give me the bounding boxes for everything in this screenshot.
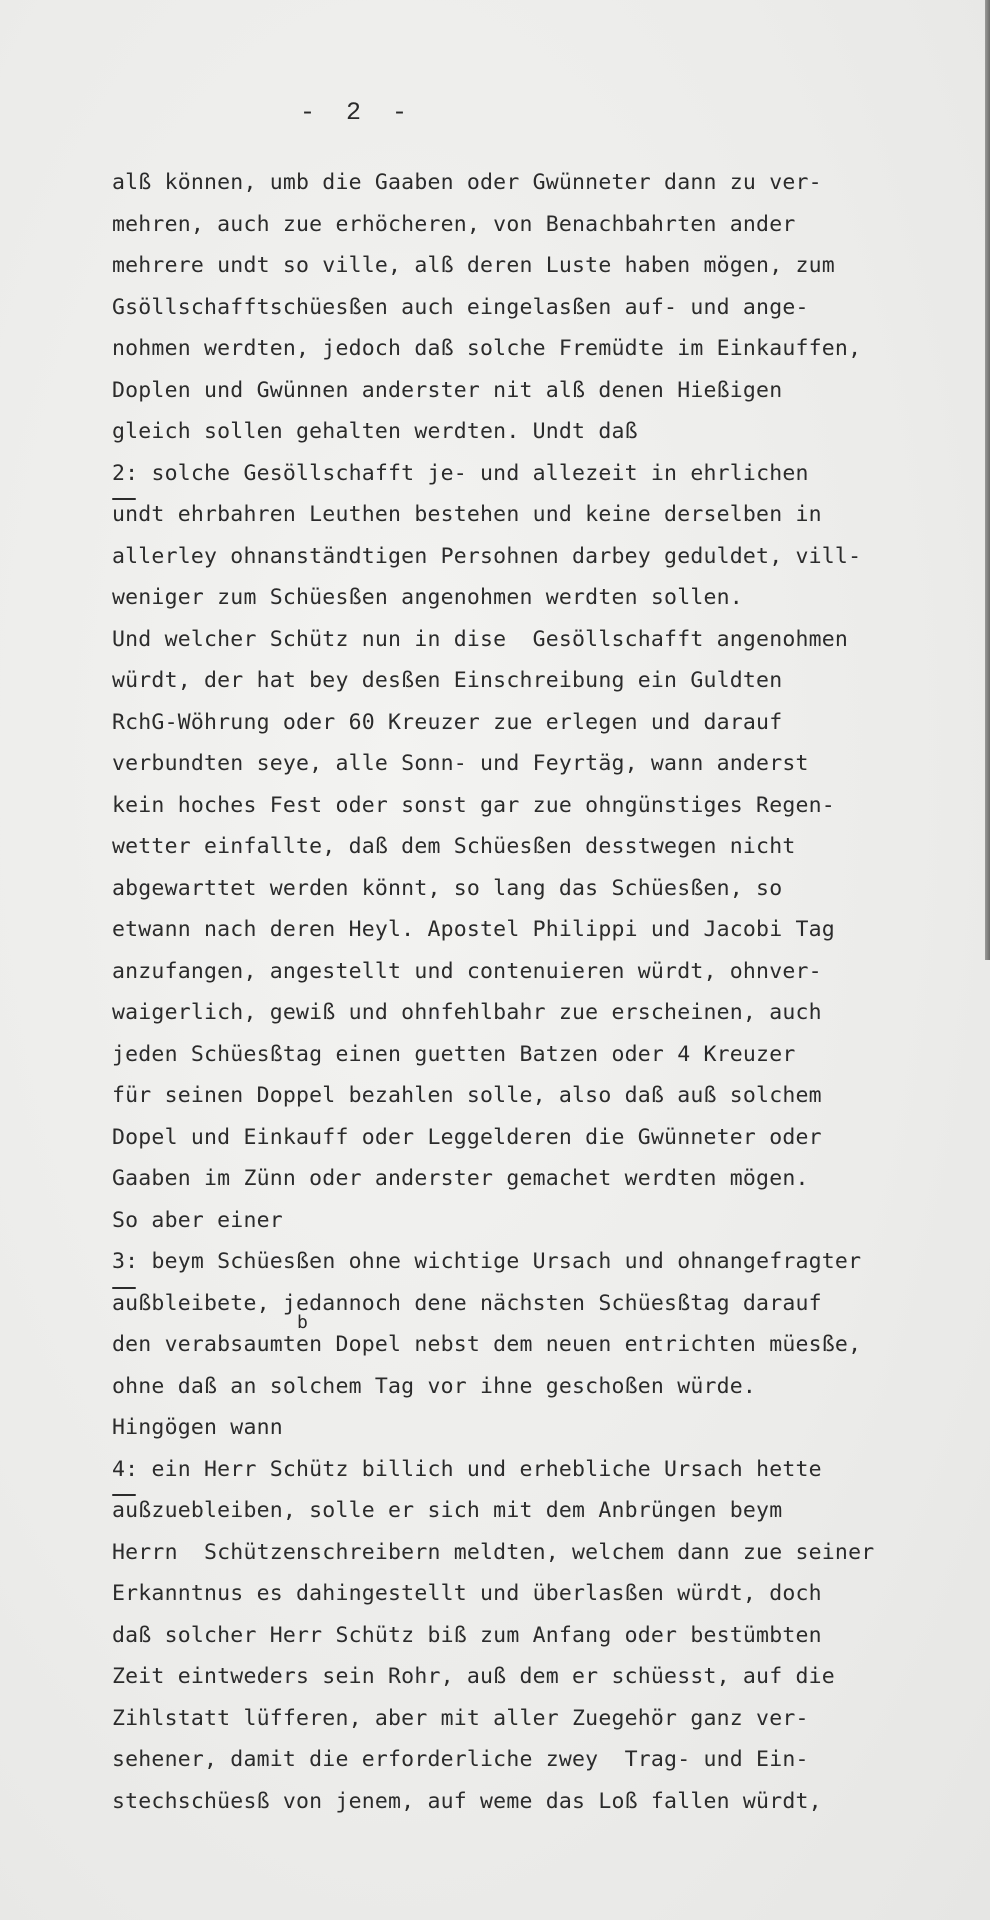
text-line: 3: beym Schüesßen ohne wichtige Ursach u… bbox=[112, 1241, 990, 1283]
text-line: Dopel und Einkauff oder Leggelderen die … bbox=[112, 1117, 990, 1159]
text-line: Gsöllschafftschüesßen auch eingelasßen a… bbox=[112, 287, 990, 329]
text-line: Doplen und Gwünnen anderster nit alß den… bbox=[112, 370, 990, 412]
text-line: ohne daß an solchem Tag vor ihne geschoß… bbox=[112, 1366, 990, 1408]
line-text: ein Herr Schütz billich und erhebliche U… bbox=[138, 1457, 822, 1482]
text-line: kein hoches Fest oder sonst gar zue ohng… bbox=[112, 785, 990, 827]
paragraph-number: 4: bbox=[112, 1449, 138, 1491]
text-line: Gaaben im Zünn oder anderster gemachet w… bbox=[112, 1158, 990, 1200]
text-line: außbleibete, jedannoch dene nächsten Sch… bbox=[112, 1283, 990, 1325]
body-text: alß können, umb die Gaaben oder Gwünnete… bbox=[112, 162, 990, 1822]
text-line: 4: ein Herr Schütz billich und erheblich… bbox=[112, 1449, 990, 1491]
text-line: Und welcher Schütz nun in dise Gesöllsch… bbox=[112, 619, 990, 661]
text-line: Erkanntnus es dahingestellt und überlasß… bbox=[112, 1573, 990, 1615]
text-line: daß solcher Herr Schütz biß zum Anfang o… bbox=[112, 1615, 990, 1657]
text-line: mehren, auch zue erhöcheren, von Benachb… bbox=[112, 204, 990, 246]
text-line: undt ehrbahren Leuthen bestehen und kein… bbox=[112, 494, 990, 536]
text-line: jeden Schüesßtag einen guetten Batzen od… bbox=[112, 1034, 990, 1076]
text-line: verbundten seye, alle Sonn- und Feyrtäg,… bbox=[112, 743, 990, 785]
text-line: für seinen Doppel bezahlen solle, also d… bbox=[112, 1075, 990, 1117]
text-line: alß können, umb die Gaaben oder Gwünnete… bbox=[112, 162, 990, 204]
text-line: abgewarttet werden könnt, so lang das Sc… bbox=[112, 868, 990, 910]
text-line: den verabsaumten Dopel nebst dem neuen e… bbox=[112, 1324, 990, 1366]
text-line: würdt, der hat bey desßen Einschreibung … bbox=[112, 660, 990, 702]
text-line: Herrn Schützenschreibern meldten, welche… bbox=[112, 1532, 990, 1574]
text-line: mehrere undt so ville, alß deren Luste h… bbox=[112, 245, 990, 287]
text-line: anzufangen, angestellt und contenuieren … bbox=[112, 951, 990, 993]
text-line: Hingögen wann bbox=[112, 1407, 990, 1449]
text-line: nohmen werdten, jedoch daß solche Fremüd… bbox=[112, 328, 990, 370]
text-line: waigerlich, gewiß und ohnfehlbahr zue er… bbox=[112, 992, 990, 1034]
line-text: beym Schüesßen ohne wichtige Ursach und … bbox=[138, 1249, 861, 1274]
text-line: 2: solche Gesöllschafft je- und allezeit… bbox=[112, 453, 990, 495]
page-number: - 2 - bbox=[300, 98, 408, 127]
text-line: So aber einer bbox=[112, 1200, 990, 1242]
text-line: Zeit eintweders sein Rohr, auß dem er sc… bbox=[112, 1656, 990, 1698]
line-text: den verabsaumten Dopel nebst dem neuen e… bbox=[112, 1332, 861, 1357]
paragraph-number: 2: bbox=[112, 453, 138, 495]
paragraph-number: 3: bbox=[112, 1241, 138, 1283]
handwritten-correction: b bbox=[297, 1302, 308, 1344]
text-line: gleich sollen gehalten werdten. Undt daß bbox=[112, 411, 990, 453]
text-line: weniger zum Schüesßen angenohmen werdten… bbox=[112, 577, 990, 619]
text-line: etwann nach deren Heyl. Apostel Philippi… bbox=[112, 909, 990, 951]
text-line: sehener, damit die erforderliche zwey Tr… bbox=[112, 1739, 990, 1781]
text-line: Zihlstatt lüfferen, aber mit aller Zuege… bbox=[112, 1698, 990, 1740]
text-line: stechschüesß von jenem, auf weme das Loß… bbox=[112, 1781, 990, 1823]
document-page: - 2 - alß können, umb die Gaaben oder Gw… bbox=[0, 0, 990, 1920]
text-line: allerley ohnanständtigen Persohnen darbe… bbox=[112, 536, 990, 578]
text-line: wetter einfallte, daß dem Schüesßen dess… bbox=[112, 826, 990, 868]
text-line: außzuebleiben, solle er sich mit dem Anb… bbox=[112, 1490, 990, 1532]
text-line: RchG-Wöhrung oder 60 Kreuzer zue erlegen… bbox=[112, 702, 990, 744]
line-text: solche Gesöllschafft je- und allezeit in… bbox=[138, 461, 808, 486]
